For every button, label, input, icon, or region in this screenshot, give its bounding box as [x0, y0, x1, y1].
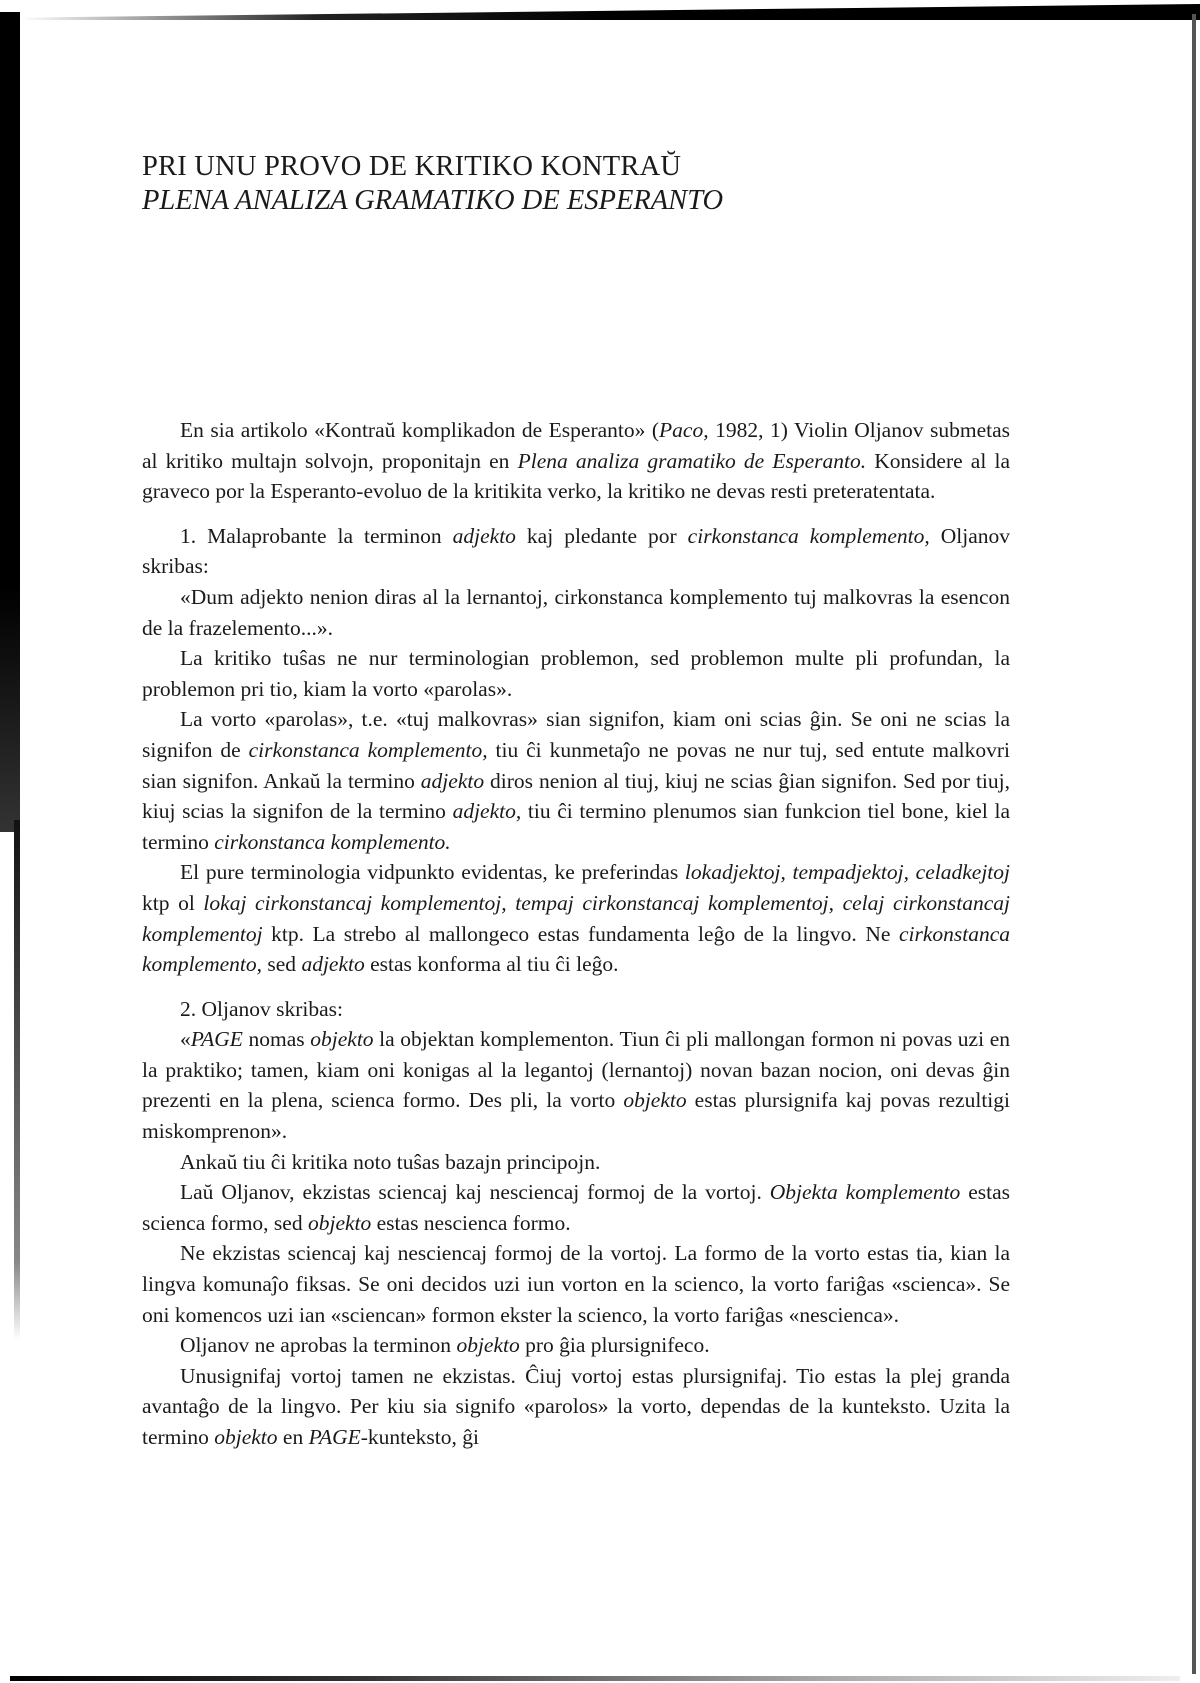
text: En sia artikolo «Kontraŭ komplikadon de … [180, 418, 659, 442]
italic-text: cirkonstanca komplemento, [249, 738, 488, 762]
paragraph-intro: En sia artikolo «Kontraŭ komplikadon de … [142, 415, 1010, 507]
italic-text: adjekto [421, 769, 484, 793]
text: 2. Oljanov skribas: [180, 997, 343, 1021]
text: kaj pledante por [516, 524, 688, 548]
italic-text: objekto [623, 1088, 686, 1112]
text: pro ĝia plursignifeco. [520, 1333, 710, 1357]
italic-text: PAGE [191, 1027, 243, 1051]
scan-edge-left-fade [14, 820, 20, 1340]
italic-text: objekto [456, 1333, 519, 1357]
paragraph-s1-intro: 1. Malaprobante la terminon adjekto kaj … [142, 521, 1010, 582]
paragraph-s2-p5: Ne ekzistas sciencaj kaj nesciencaj form… [142, 1238, 1010, 1330]
paragraph-s2-p6: Oljanov ne aprobas la terminon objekto p… [142, 1330, 1010, 1361]
text: Ne ekzistas sciencaj kaj nesciencaj form… [142, 1241, 1010, 1326]
text: ktp. La strebo al mallongeco estas funda… [263, 922, 899, 946]
italic-text: cirkonstanca komplemento. [214, 830, 450, 854]
text: El pure terminologia vidpunkto evidentas… [180, 860, 685, 884]
paragraph-s1-p5: El pure terminologia vidpunkto evidentas… [142, 857, 1010, 979]
italic-text: adjekto [453, 524, 516, 548]
text: La kritiko tuŝas ne nur terminologian pr… [142, 646, 1010, 701]
text: nomas [243, 1027, 310, 1051]
text: estas konforma al tiu ĉi leĝo. [365, 952, 619, 976]
italic-text: Plena analiza gramatiko de Esperanto. [518, 449, 867, 473]
text: 1. Malaprobante la terminon [180, 524, 453, 548]
text: «Dum adjekto nenion diras al la lernanto… [142, 585, 1010, 640]
text: en [278, 1425, 309, 1449]
scan-edge-bottom [10, 1676, 1180, 1681]
paragraph-s1-p3: La kritiko tuŝas ne nur terminologian pr… [142, 643, 1010, 704]
text: -kunteksto, ĝi [361, 1425, 479, 1449]
text: estas nescienca formo. [371, 1211, 570, 1235]
paragraph-s2-p7: Unusignifaj vortoj tamen ne ekzistas. Ĉi… [142, 1361, 1010, 1453]
text: Oljanov ne aprobas la terminon [180, 1333, 456, 1357]
text: sed [262, 952, 301, 976]
paragraph-s1-p4: La vorto «parolas», t.e. «tuj malkovras»… [142, 704, 1010, 857]
scan-edge-left [0, 12, 20, 832]
article-body: En sia artikolo «Kontraŭ komplikadon de … [142, 415, 1010, 1453]
scan-edge-top [20, 4, 1200, 20]
scan-edge-right [1192, 14, 1196, 1674]
article-header: PRI UNU PROVO DE KRITIKO KONTRAŬ PLENA A… [142, 150, 1010, 218]
article-subtitle: PLENA ANALIZA GRAMATIKO DE ESPERANTO [142, 184, 1010, 218]
text: Ankaŭ tiu ĉi kritika noto tuŝas bazajn p… [180, 1150, 600, 1174]
article-title: PRI UNU PROVO DE KRITIKO KONTRAŬ [142, 150, 1010, 184]
italic-text: cirkonstanca komplemento, [688, 524, 930, 548]
italic-text: objekto [214, 1425, 277, 1449]
italic-text: adjekto, [453, 799, 522, 823]
italic-text: adjekto [301, 952, 364, 976]
text: « [180, 1027, 191, 1051]
italic-text: lokadjektoj, tempadjektoj, celadkejtoj [685, 860, 1010, 884]
italic-text: PAGE [309, 1425, 361, 1449]
italic-text: Objekta komplemento [770, 1180, 961, 1204]
text: Laŭ Oljanov, ekzistas sciencaj kaj nesci… [180, 1180, 770, 1204]
paragraph-s2-p4: Laŭ Oljanov, ekzistas sciencaj kaj nesci… [142, 1177, 1010, 1238]
italic-text: objekto [308, 1211, 371, 1235]
italic-text: Paco, [659, 418, 709, 442]
paragraph-s2-intro: 2. Oljanov skribas: [142, 994, 1010, 1025]
paragraph-s2-p3: Ankaŭ tiu ĉi kritika noto tuŝas bazajn p… [142, 1147, 1010, 1178]
paragraph-s2-quote: «PAGE nomas objekto la objektan kompleme… [142, 1024, 1010, 1146]
paragraph-s1-quote: «Dum adjekto nenion diras al la lernanto… [142, 582, 1010, 643]
italic-text: objekto [310, 1027, 373, 1051]
text: ktp ol [142, 891, 203, 915]
